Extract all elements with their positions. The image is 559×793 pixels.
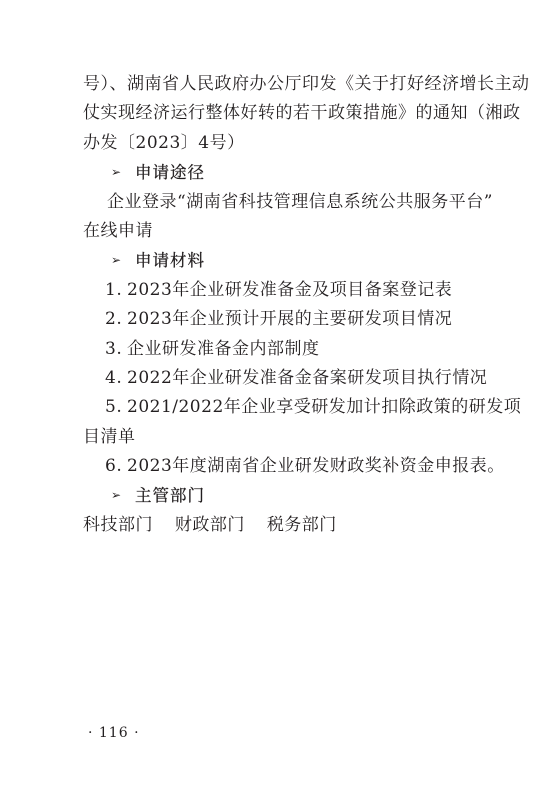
item-number: 5.	[105, 393, 127, 422]
material-item-4: 4.2022年企业研发准备金备案研发项目执行情况	[83, 364, 485, 393]
material-item-5-continuation: 目清单	[83, 423, 485, 452]
heading-text: 主管部门	[135, 481, 205, 510]
item-text: 2023年企业预计开展的主要研发项目情况	[127, 309, 452, 329]
item-text: 企业研发准备金内部制度	[127, 339, 320, 359]
item-number: 3.	[105, 335, 127, 364]
section-heading-application-materials: ➢ 申请材料	[83, 246, 485, 275]
item-number: 1.	[105, 276, 127, 305]
page-number: · 116 ·	[88, 725, 140, 741]
item-number: 6.	[105, 452, 127, 481]
route-line-2: 在线申请	[83, 217, 485, 246]
material-item-3: 3.企业研发准备金内部制度	[83, 335, 485, 364]
route-line-1: 企业登录“湖南省科技管理信息系统公共服务平台”	[83, 188, 485, 217]
material-item-2: 2.2023年企业预计开展的主要研发项目情况	[83, 305, 485, 334]
arrow-bullet-icon: ➢	[111, 158, 135, 187]
item-text: 2021/2022年企业享受研发加计扣除政策的研发项	[127, 397, 521, 417]
material-item-6: 6.2023年度湖南省企业研发财政奖补资金申报表。	[83, 452, 485, 481]
item-number: 2.	[105, 305, 127, 334]
heading-text: 申请材料	[135, 246, 205, 275]
section-heading-application-route: ➢ 申请途径	[83, 158, 485, 187]
heading-text: 申请途径	[135, 158, 205, 187]
arrow-bullet-icon: ➢	[111, 481, 135, 510]
document-page: 号）、湖南省人民政府办公厅印发《关于打好经济增长主动 仗实现经济运行整体好转的若…	[83, 70, 485, 540]
material-item-5: 5.2021/2022年企业享受研发加计扣除政策的研发项	[83, 393, 485, 422]
item-text: 2023年企业研发准备金及项目备案登记表	[127, 280, 452, 300]
intro-line-3: 办发〔2023〕4号）	[83, 129, 485, 158]
departments-line: 科技部门 财政部门 税务部门	[83, 511, 485, 540]
department-tech: 科技部门	[83, 515, 153, 535]
department-finance: 财政部门	[175, 515, 245, 535]
department-tax: 税务部门	[267, 515, 337, 535]
item-text: 2023年度湖南省企业研发财政奖补资金申报表。	[127, 456, 505, 476]
item-text: 2022年企业研发准备金备案研发项目执行情况	[127, 368, 487, 388]
material-item-1: 1.2023年企业研发准备金及项目备案登记表	[83, 276, 485, 305]
intro-line-1: 号）、湖南省人民政府办公厅印发《关于打好经济增长主动	[83, 70, 485, 99]
intro-line-2: 仗实现经济运行整体好转的若干政策措施》的通知（湘政	[83, 99, 485, 128]
section-heading-competent-departments: ➢ 主管部门	[83, 481, 485, 510]
item-number: 4.	[105, 364, 127, 393]
arrow-bullet-icon: ➢	[111, 246, 135, 275]
